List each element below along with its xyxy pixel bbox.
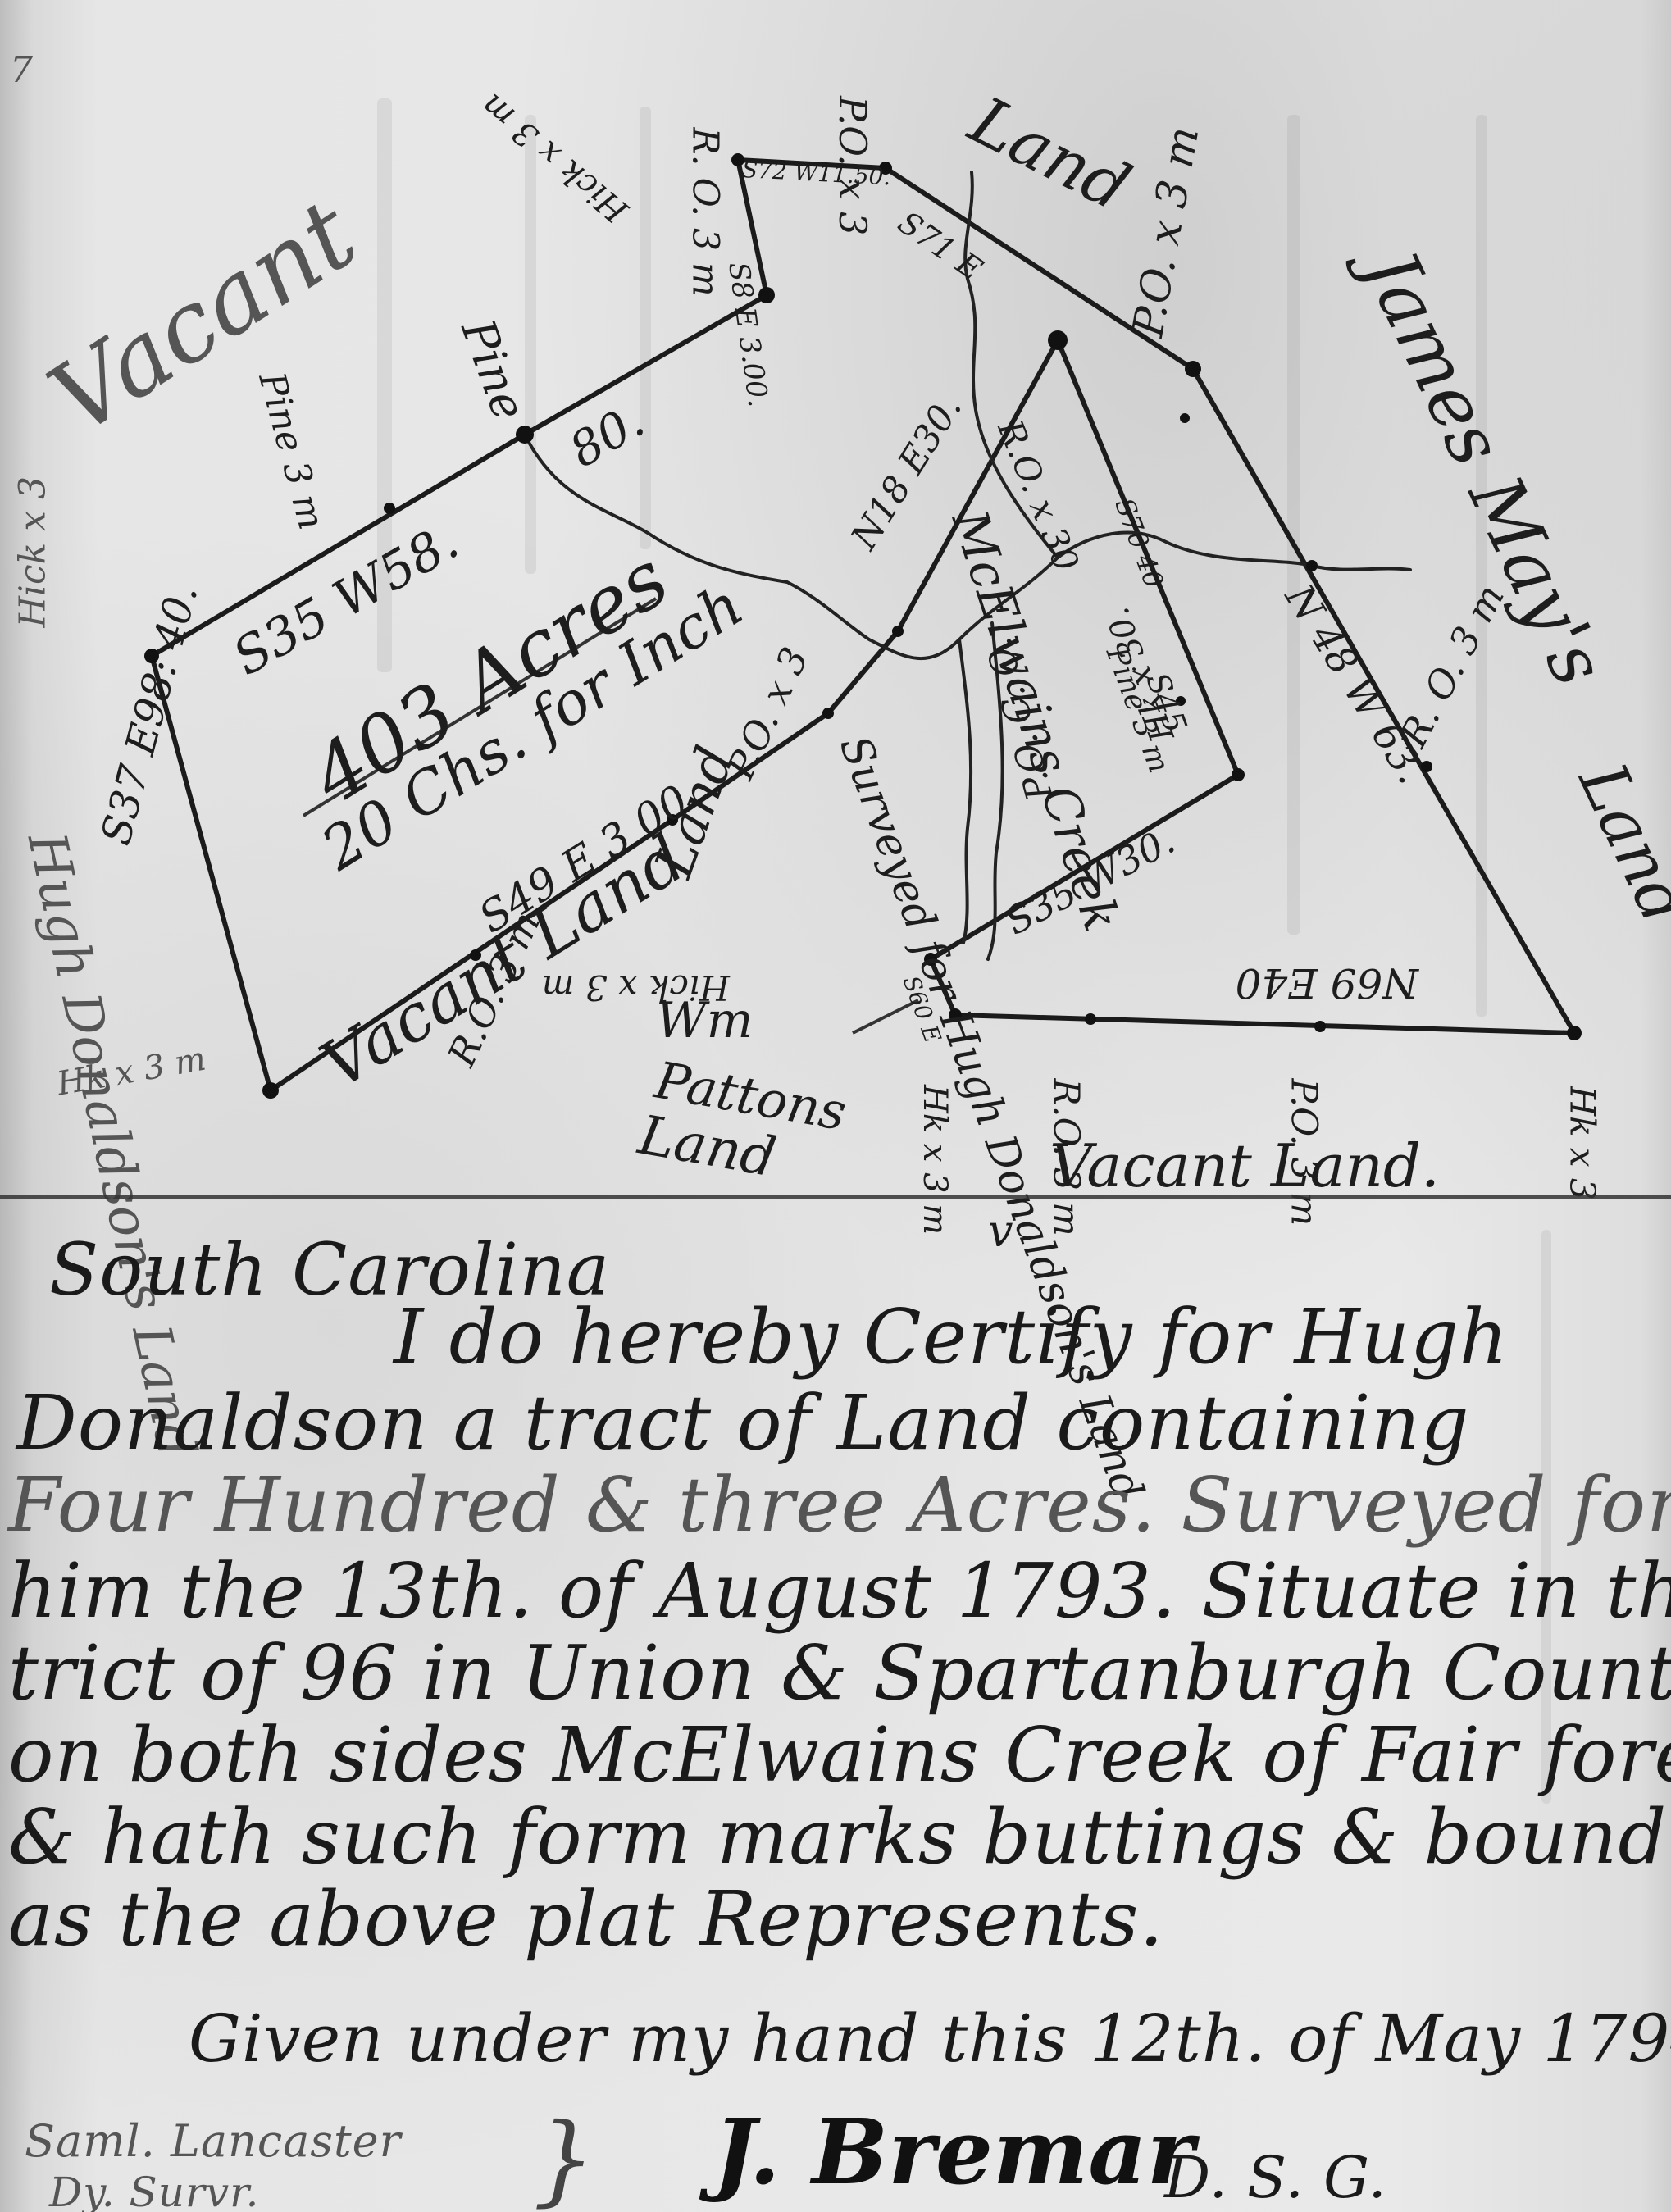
certificate-line-1: I do hereby Certify for Hugh [394, 1299, 1509, 1375]
corner-mark: R.O. 3 m [1045, 1079, 1087, 1236]
certificate-line-8: as the above plat Represents. [8, 1882, 1164, 1957]
bearing-label: N69 E40 [1236, 959, 1418, 1007]
label-vacant-land-bottom: Vacant Land. [1049, 1131, 1440, 1200]
certificate-line-6: on both sides McElwains Creek of Fair fo… [8, 1718, 1671, 1793]
certificate-line-3: Four Hundred & three Acres. Surveyed for [8, 1468, 1671, 1543]
survey-plat: Vacant Land James May's Land Hugh Donald… [0, 0, 1671, 1197]
corner-mark: Hk x 3 m [916, 1085, 954, 1235]
certificate-line-2: Donaldson a tract of Land containing [16, 1386, 1470, 1461]
corner-mark: P.O. x 3 [831, 96, 875, 235]
corner-mark: Hick x 3 [12, 476, 54, 628]
signature-title: D. S. G. [1164, 2144, 1387, 2211]
surveyor-general-signature: J. Bremar [713, 2099, 1195, 2205]
deputy-surveyor-name: Saml. Lancaster [25, 2115, 401, 2167]
corner-mark: R. O. 3 m [685, 128, 726, 297]
given-under-hand-line: Given under my hand this 12th. of May 17… [189, 2000, 1671, 2077]
bracket-mark: } [533, 2103, 596, 2212]
certificate-line-4: him the 13th. of August 1793. Situate in… [8, 1554, 1671, 1629]
certificate-line-5: trict of 96 in Union & Spartanburgh Coun… [8, 1636, 1671, 1711]
corner-mark: Hk x 3 [1563, 1086, 1603, 1200]
corner-mark: P.O. 3 m [1283, 1079, 1325, 1227]
certificate-line-7: & hath such form marks buttings & boundi… [8, 1800, 1671, 1875]
document-sheet: 7 [0, 0, 1671, 2212]
plat-certificate-divider [0, 1195, 1671, 1199]
corner-mark: Hick x 3 m [542, 967, 730, 1008]
deputy-surveyor-title: Dy. Survr. [49, 2169, 259, 2212]
caret-insertion-mark: v [988, 1205, 1014, 1257]
